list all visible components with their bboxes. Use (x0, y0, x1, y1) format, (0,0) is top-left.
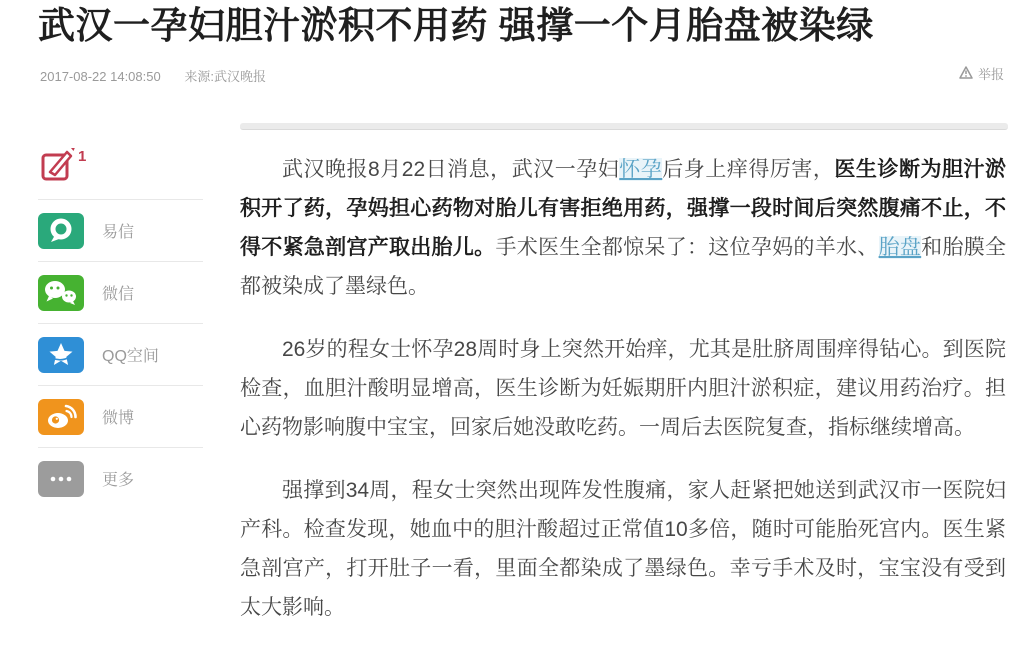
paragraph: 武汉晚报8月22日消息，武汉一孕妇怀孕后身上痒得厉害，医生诊断为胆汁淤积开了药，… (240, 150, 1006, 306)
qzone-icon (38, 337, 84, 373)
share-item-yixin[interactable]: 易信 (38, 199, 203, 261)
wechat-icon (38, 275, 84, 311)
share-label: 微博 (102, 405, 134, 428)
paragraph-text: 强撑到34周，程女士突然出现阵发性腹痛，家人赶紧把她送到武汉市一医院妇产科。检查… (240, 479, 1006, 619)
report-button[interactable]: 举报 (959, 64, 1004, 83)
article-page: 武汉一孕妇胆汁淤积不用药 强撑一个月胎盘被染绿 2017-08-22 14:08… (0, 0, 1028, 645)
share-label: 易信 (102, 219, 134, 242)
comment-count-button[interactable]: 1 (40, 148, 86, 187)
paragraph-text: 26岁的程女士怀孕28周时身上突然开始痒，尤其是肚脐周围痒得钻心。到医院检查，血… (240, 338, 1006, 439)
more-icon (38, 461, 84, 497)
share-label: QQ空间 (102, 343, 159, 366)
article-meta: 2017-08-22 14:08:50 来源:武汉晚报 (40, 66, 266, 85)
edit-comment-icon (40, 148, 76, 187)
paragraph-text: 武汉晚报8月22日消息，武汉一孕妇 (282, 158, 619, 181)
keyword-link-huaiyun[interactable]: 怀孕 (619, 158, 662, 181)
share-item-wechat[interactable]: 微信 (38, 261, 203, 323)
comment-count-badge: 1 (78, 148, 86, 165)
publish-datetime: 2017-08-22 14:08:50 (40, 69, 161, 84)
source-label: 来源:武汉晚报 (184, 69, 266, 84)
share-item-weibo[interactable]: 微博 (38, 385, 203, 447)
paragraph-text: 后身上痒得厉害， (662, 158, 834, 181)
share-item-more[interactable]: 更多 (38, 447, 203, 509)
share-label: 更多 (102, 467, 134, 490)
share-label: 微信 (102, 281, 134, 304)
content-divider (240, 123, 1008, 130)
paragraph: 强撑到34周，程女士突然出现阵发性腹痛，家人赶紧把她送到武汉市一医院妇产科。检查… (240, 471, 1006, 627)
keyword-link-taipan[interactable]: 胎盘 (879, 236, 922, 259)
yixin-icon (38, 213, 84, 249)
article-body: 武汉晚报8月22日消息，武汉一孕妇怀孕后身上痒得厉害，医生诊断为胆汁淤积开了药，… (240, 150, 1006, 645)
weibo-icon (38, 399, 84, 435)
page-title: 武汉一孕妇胆汁淤积不用药 强撑一个月胎盘被染绿 (38, 0, 998, 52)
warning-triangle-icon (959, 66, 973, 82)
paragraph-text: 手术医生全都惊呆了：这位孕妈的羊水、 (495, 236, 878, 259)
report-label: 举报 (978, 64, 1004, 83)
share-item-qzone[interactable]: QQ空间 (38, 323, 203, 385)
paragraph: 26岁的程女士怀孕28周时身上突然开始痒，尤其是肚脐周围痒得钻心。到医院检查，血… (240, 330, 1006, 447)
share-sidebar: 1 易信 (38, 146, 203, 509)
